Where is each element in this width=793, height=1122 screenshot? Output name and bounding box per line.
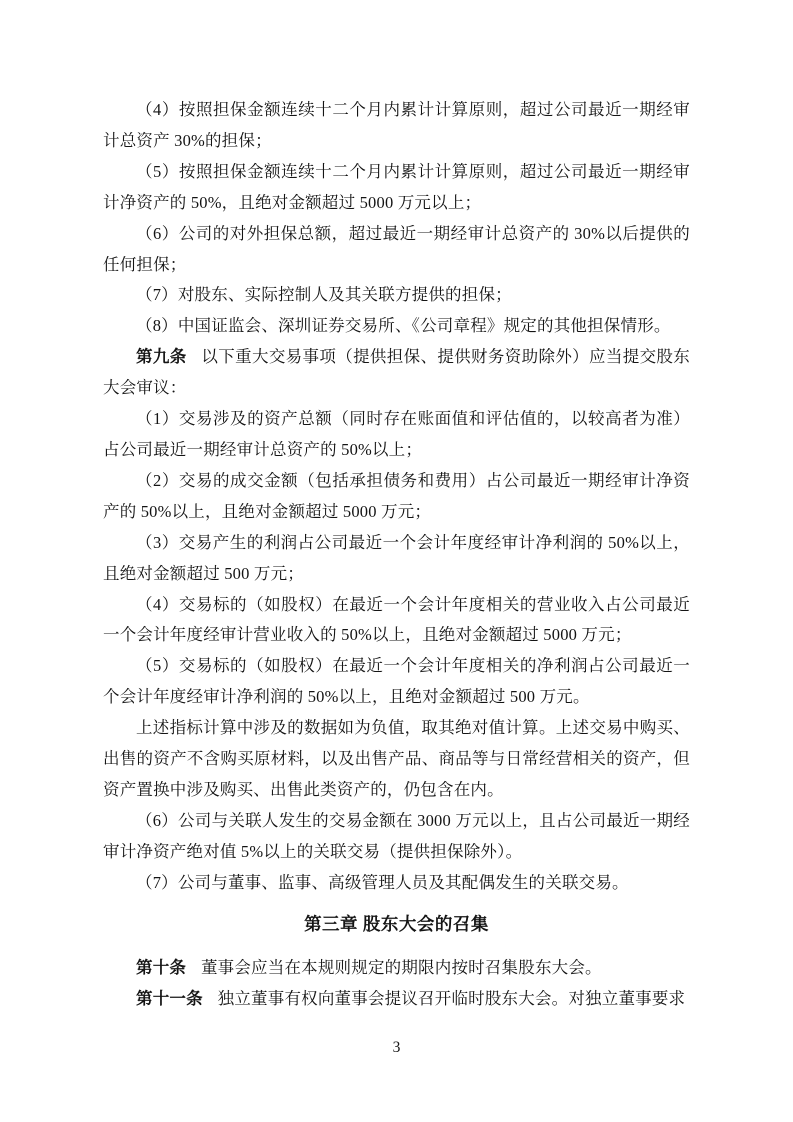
paragraph-text: （8）中国证监会、深圳证券交易所、《公司章程》规定的其他担保情形。	[136, 316, 671, 335]
article-lead: 第十一条	[136, 989, 203, 1008]
paragraph-article-10: 第十条董事会应当在本规则规定的期限内按时召集股东大会。	[103, 953, 690, 984]
paragraph-text: （4）交易标的（如股权）在最近一个会计年度相关的营业收入占公司最近一个会计年度经…	[103, 595, 690, 645]
paragraph: （8）中国证监会、深圳证券交易所、《公司章程》规定的其他担保情形。	[103, 311, 690, 342]
paragraph: （4）按照担保金额连续十二个月内累计计算原则，超过公司最近一期经审计总资产 30…	[103, 95, 690, 157]
paragraph-text: 独立董事有权向董事会提议召开临时股东大会。对独立董事要求	[218, 989, 686, 1008]
paragraph-text: （5）按照担保金额连续十二个月内累计计算原则，超过公司最近一期经审计净资产的 5…	[103, 162, 690, 212]
paragraph: （7）公司与董事、监事、高级管理人员及其配偶发生的关联交易。	[103, 868, 690, 899]
paragraph: （2）交易的成交金额（包括承担债务和费用）占公司最近一期经审计净资产的 50%以…	[103, 466, 690, 528]
paragraph-article-11: 第十一条独立董事有权向董事会提议召开临时股东大会。对独立董事要求	[103, 984, 690, 1015]
paragraph-text: 以下重大交易事项（提供担保、提供财务资助除外）应当提交股东大会审议：	[103, 347, 690, 397]
paragraph-text: （7）公司与董事、监事、高级管理人员及其配偶发生的关联交易。	[136, 873, 629, 892]
paragraph-text: 董事会应当在本规则规定的期限内按时召集股东大会。	[201, 958, 602, 977]
paragraph-text: （7）对股东、实际控制人及其关联方提供的担保；	[136, 285, 512, 304]
page-number: 3	[0, 1038, 793, 1058]
paragraph-text: （6）公司的对外担保总额，超过最近一期经审计总资产的 30%以后提供的任何担保；	[103, 224, 690, 274]
paragraph: 上述指标计算中涉及的数据如为负值，取其绝对值计算。上述交易中购买、出售的资产不含…	[103, 713, 690, 806]
chapter-heading: 第三章 股东大会的召集	[103, 909, 690, 940]
paragraph-text: （2）交易的成交金额（包括承担债务和费用）占公司最近一期经审计净资产的 50%以…	[103, 471, 690, 521]
article-lead: 第十条	[136, 958, 186, 977]
paragraph: （7）对股东、实际控制人及其关联方提供的担保；	[103, 280, 690, 311]
paragraph-article-9: 第九条以下重大交易事项（提供担保、提供财务资助除外）应当提交股东大会审议：	[103, 342, 690, 404]
paragraph-text: （5）交易标的（如股权）在最近一个会计年度相关的净利润占公司最近一个会计年度经审…	[103, 656, 690, 706]
paragraph-text: 上述指标计算中涉及的数据如为负值，取其绝对值计算。上述交易中购买、出售的资产不含…	[103, 718, 690, 799]
paragraph: （6）公司的对外担保总额，超过最近一期经审计总资产的 30%以后提供的任何担保；	[103, 219, 690, 281]
paragraph: （6）公司与关联人发生的交易金额在 3000 万元以上，且占公司最近一期经审计净…	[103, 806, 690, 868]
paragraph-text: （3）交易产生的利润占公司最近一个会计年度经审计净利润的 50%以上，且绝对金额…	[103, 533, 690, 583]
paragraph: （5）按照担保金额连续十二个月内累计计算原则，超过公司最近一期经审计净资产的 5…	[103, 157, 690, 219]
page-content: （4）按照担保金额连续十二个月内累计计算原则，超过公司最近一期经审计总资产 30…	[103, 95, 690, 1015]
document-page: （4）按照担保金额连续十二个月内累计计算原则，超过公司最近一期经审计总资产 30…	[0, 0, 793, 1122]
paragraph: （1）交易涉及的资产总额（同时存在账面值和评估值的，以较高者为准）占公司最近一期…	[103, 404, 690, 466]
paragraph-text: （4）按照担保金额连续十二个月内累计计算原则，超过公司最近一期经审计总资产 30…	[103, 100, 690, 150]
paragraph-text: （1）交易涉及的资产总额（同时存在账面值和评估值的，以较高者为准）占公司最近一期…	[103, 409, 690, 459]
paragraph: （3）交易产生的利润占公司最近一个会计年度经审计净利润的 50%以上，且绝对金额…	[103, 528, 690, 590]
paragraph: （5）交易标的（如股权）在最近一个会计年度相关的净利润占公司最近一个会计年度经审…	[103, 651, 690, 713]
paragraph-text: （6）公司与关联人发生的交易金额在 3000 万元以上，且占公司最近一期经审计净…	[103, 811, 690, 861]
article-lead: 第九条	[136, 347, 187, 366]
paragraph: （4）交易标的（如股权）在最近一个会计年度相关的营业收入占公司最近一个会计年度经…	[103, 590, 690, 652]
